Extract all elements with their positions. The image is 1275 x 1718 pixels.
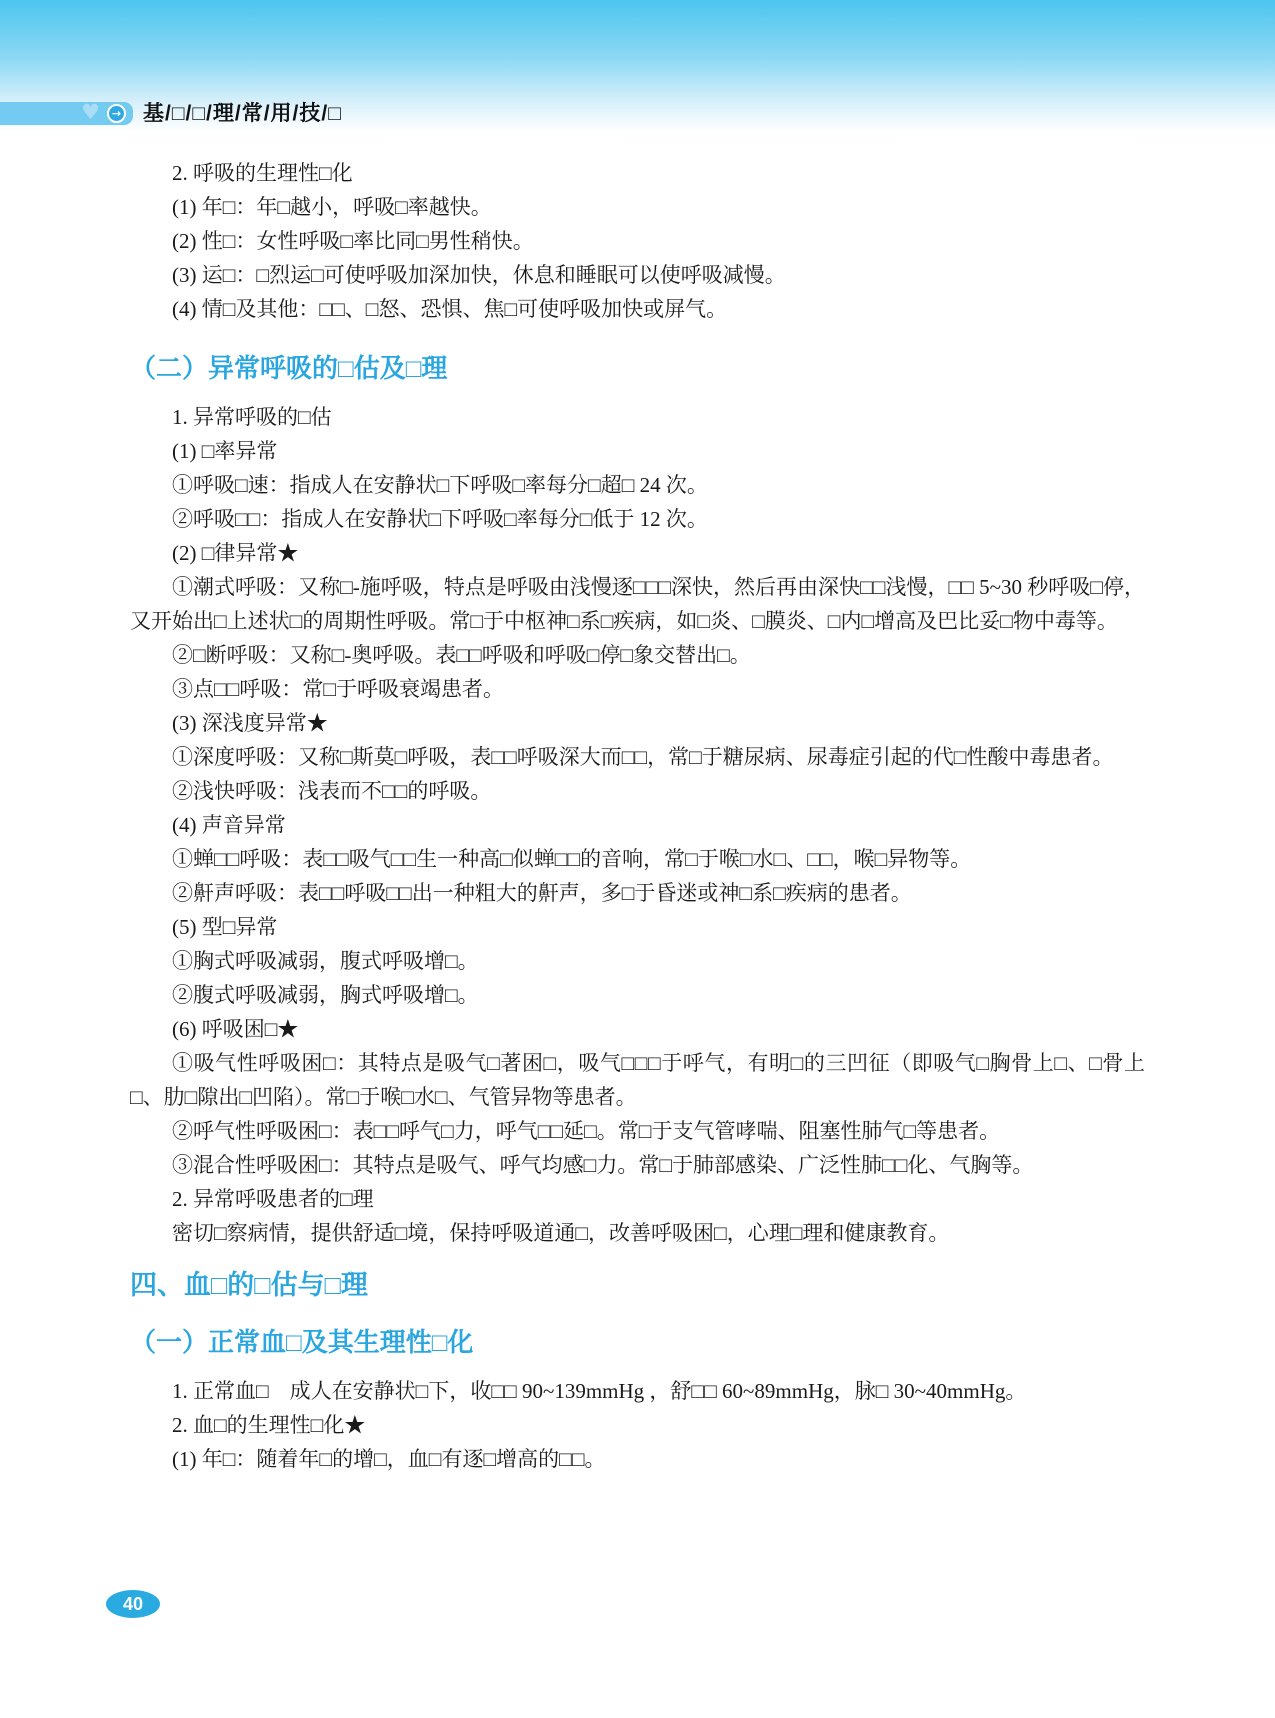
page-number-badge: 40 [106,1590,160,1618]
paragraph: ②浅快呼吸：浅表而不□□的呼吸。 [130,774,1145,808]
page-content: 2. 呼吸的生理性□化(1) 年□：年□越小，呼吸□率越快。(2) 性□：女性呼… [130,156,1145,1476]
paragraph: 密切□察病情，提供舒适□境，保持呼吸道通□，改善呼吸困□，心理□理和健康教育。 [130,1216,1145,1250]
paragraph: 1. 正常血□ 成人在安静状□下，收□□ 90~139mmHg ，舒□□ 60~… [130,1374,1145,1408]
paragraph: (3) 深浅度异常★ [130,706,1145,740]
paragraph: ①蝉□□呼吸：表□□吸气□□生一种高□似蝉□□的音响，常□于喉□水□、□□，喉□… [130,842,1145,876]
arrow-right-circle-icon: → [107,104,126,123]
paragraph: ②腹式呼吸减弱，胸式呼吸增□。 [130,978,1145,1012]
paragraph: ③点□□呼吸：常□于呼吸衰竭患者。 [130,672,1145,706]
paragraph: (2) □律异常★ [130,536,1145,570]
paragraph: 2. 异常呼吸患者的□理 [130,1182,1145,1216]
paragraph: (1) 年□：随着年□的增□，血□有逐□增高的□□。 [130,1442,1145,1476]
page-number: 40 [123,1594,143,1615]
paragraph: 2. 呼吸的生理性□化 [130,156,1145,190]
subsection-heading: （一）正常血□及其生理性□化 [130,1324,1145,1360]
paragraph: (4) 声音异常 [130,808,1145,842]
paragraph: (2) 性□：女性呼吸□率比同□男性稍快。 [130,224,1145,258]
paragraph: ②呼气性呼吸困□：表□□呼气□力，呼气□□延□。常□于支气管哮喘、阻塞性肺气□等… [130,1114,1145,1148]
paragraph: ①呼吸□速：指成人在安静状□下呼吸□率每分□超□ 24 次。 [130,468,1145,502]
paragraph: ③混合性呼吸困□：其特点是吸气、呼气均感□力。常□于肺部感染、广泛性肺□□化、气… [130,1148,1145,1182]
paragraph: (5) 型□异常 [130,910,1145,944]
book-page: ♥ → 基/□/□/理/常/用/技/□ 2. 呼吸的生理性□化(1) 年□：年□… [0,0,1275,1718]
paragraph: 1. 异常呼吸的□估 [130,400,1145,434]
paragraph: ①胸式呼吸减弱，腹式呼吸增□。 [130,944,1145,978]
section-heading: 四、血□的□估与□理 [130,1266,1145,1304]
paragraph: ①潮式呼吸：又称□-施呼吸，特点是呼吸由浅慢逐□□□深快，然后再由深快□□浅慢，… [130,570,1145,638]
paragraph: (1) □率异常 [130,434,1145,468]
paragraph: ②呼吸□□：指成人在安静状□下呼吸□率每分□低于 12 次。 [130,502,1145,536]
paragraph: (1) 年□：年□越小，呼吸□率越快。 [130,190,1145,224]
heart-icon: ♥ [81,102,100,123]
paragraph: ①吸气性呼吸困□：其特点是吸气□著困□，吸气□□□于呼气，有明□的三凹征（即吸气… [130,1046,1145,1114]
paragraph: (6) 呼吸困□★ [130,1012,1145,1046]
paragraph: 2. 血□的生理性□化★ [130,1408,1145,1442]
paragraph: ②□断呼吸：又称□-奥呼吸。表□□呼吸和呼吸□停□象交替出□。 [130,638,1145,672]
paragraph: (4) 情□及其他：□□、□怒、恐惧、焦□可使呼吸加快或屏气。 [130,292,1145,326]
running-head-title: 基/□/□/理/常/用/技/□ [143,97,342,127]
paragraph: ②鼾声呼吸：表□□呼吸□□出一种粗大的鼾声，多□于昏迷或神□系□疾病的患者。 [130,876,1145,910]
chapter-tab-bar: ♥ → [0,102,133,125]
paragraph: (3) 运□：□烈运□可使呼吸加深加快，休息和睡眠可以使呼吸减慢。 [130,258,1145,292]
paragraph: ①深度呼吸：又称□斯莫□呼吸，表□□呼吸深大而□□，常□于糖尿病、尿毒症引起的代… [130,740,1145,774]
subsection-heading: （二）异常呼吸的□估及□理 [130,350,1145,386]
